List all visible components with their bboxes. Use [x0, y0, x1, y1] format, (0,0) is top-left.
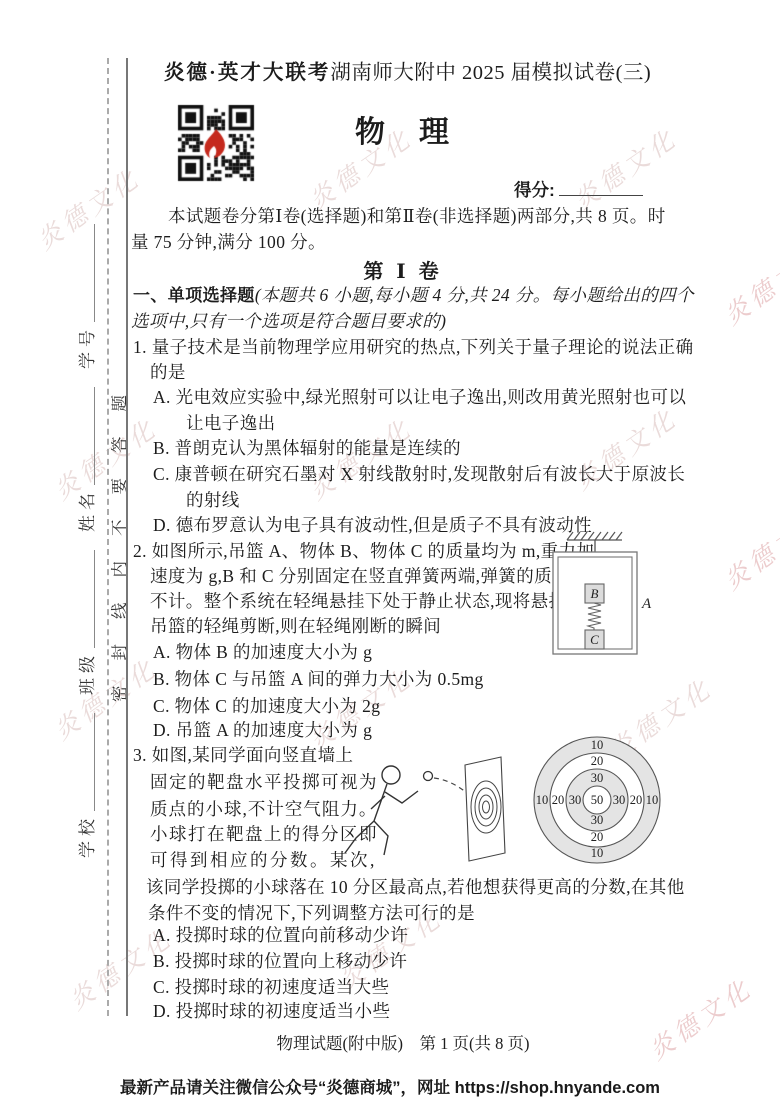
section1-note-1: (本题共 6 小题,每小题 4 分,共 24 分。每小题给出的四个 [255, 285, 694, 305]
field-label-school: 学校 [73, 814, 98, 858]
watermark: 炎德文化 [46, 649, 165, 747]
score-left-20: 20 [552, 793, 565, 807]
intro-line-1: 本试题卷分第Ⅰ卷(选择题)和第Ⅱ卷(非选择题)两部分,共 8 页。时 [168, 205, 666, 227]
section1-note-2: 选项中,只有一个选项是符合题目要求的) [131, 310, 446, 332]
ceiling-hatch [567, 532, 622, 540]
score-blank[interactable] [559, 189, 643, 196]
q3-line-7: 条件不变的情况下,下列调整方法可行的是 [148, 902, 475, 924]
q2-line-1: 2. 如图所示,吊篮 A、物体 B、物体 C 的质量均为 m,重力加 [133, 540, 594, 562]
q3-option-b: B. 投掷时球的位置向上移动少许 [153, 950, 407, 972]
field-blank-school[interactable] [90, 713, 95, 811]
q3-figure-thrower [338, 743, 523, 873]
marketing-line: 最新产品请关注微信公众号“炎德商城”，网址 https://shop.hnyan… [0, 1074, 780, 1098]
score-center-50: 50 [591, 793, 604, 807]
q1-option-c: C. 康普顿在研究石墨对 X 射线散射时,发现散射后有波长大于原波长 [153, 463, 685, 485]
intro-line-2: 量 75 分钟,满分 100 分。 [131, 231, 326, 253]
score-top-30: 30 [591, 771, 604, 785]
stickman-throwing-arm [385, 791, 418, 803]
seal-note: 密封线内不要答题 [106, 362, 136, 702]
q3-line-6: 该同学投掷的小球落在 10 分区最高点,若他想获得更高的分数,在其他 [146, 876, 685, 898]
ball [424, 772, 433, 781]
score-right-20: 20 [630, 793, 643, 807]
page-footer: 物理试题(附中版) 第 1 页(共 8 页) [133, 1030, 673, 1054]
stickman-body [374, 784, 387, 821]
brand-name: 炎德·英才大联考 [164, 62, 330, 84]
field-blank-student-id[interactable] [90, 224, 95, 322]
subject-title: 物 理 [133, 107, 673, 151]
stickman-legs [345, 821, 388, 855]
watermark: 炎德文化 [716, 499, 780, 597]
part1-title: 第 Ⅰ 卷 [133, 255, 673, 284]
stickman-head [382, 766, 400, 784]
field-blank-name[interactable] [90, 387, 95, 485]
score-bottom-10: 10 [591, 846, 604, 860]
q2-figure-basket: B C A [545, 522, 680, 682]
block-b-label: B [591, 586, 599, 601]
field-label-name: 姓名 [73, 488, 98, 532]
watermark: 炎德文化 [716, 234, 780, 332]
seal-solid-line [126, 58, 128, 1016]
q3-option-a: A. 投掷时球的位置向前移动少许 [153, 924, 408, 946]
score-right-30: 30 [613, 793, 626, 807]
exam-name: 湖南师大附中 2025 届模拟试卷(三) [330, 62, 651, 84]
block-c-label: C [590, 632, 599, 647]
q1-option-a-cont: 让电子逸出 [186, 412, 276, 434]
q1-option-c-cont: 的射线 [186, 489, 240, 511]
margin-student-fields: 学校 班级 姓名 学号 [70, 198, 98, 858]
q2-line-2: 速度为 g,B 和 C 分别固定在竖直弹簧两端,弹簧的质量 [150, 565, 570, 587]
score-bottom-20: 20 [591, 830, 604, 844]
q3-option-c: C. 投掷时球的初速度适当大些 [153, 976, 389, 998]
watermark: 炎德文化 [46, 409, 165, 507]
q1-option-b: B. 普朗克认为黑体辐射的能量是连续的 [153, 437, 461, 459]
field-label-class: 班级 [73, 651, 98, 695]
q2-line-3: 不计。整个系统在轻绳悬挂下处于静止状态,现将悬挂 [150, 590, 566, 612]
q2-option-b: B. 物体 C 与吊篮 A 间的弹力大小为 0.5mg [153, 668, 484, 690]
q3-figure-dartboard: 10 20 30 50 30 20 10 10 20 30 30 20 10 [524, 731, 674, 869]
score-bottom-30: 30 [591, 813, 604, 827]
q1-option-d: D. 德布罗意认为电子具有波动性,但是质子不具有波动性 [153, 514, 592, 536]
score-row: 得分: [514, 177, 643, 202]
q2-option-c: C. 物体 C 的加速度大小为 2g [153, 695, 380, 717]
q1-line-2: 的是 [150, 361, 186, 383]
basket-a-label: A [641, 596, 652, 612]
q3-option-d: D. 投掷时球的初速度适当小些 [153, 1000, 390, 1022]
field-blank-class[interactable] [90, 550, 95, 648]
q1-line-1: 1. 量子技术是当前物理学应用研究的热点,下列关于量子理论的说法正确 [133, 336, 693, 358]
score-right-10: 10 [646, 793, 659, 807]
score-left-30: 30 [569, 793, 582, 807]
stickman-back-arm [371, 796, 385, 809]
score-label: 得分: [514, 180, 555, 200]
q2-option-a: A. 物体 B 的加速度大小为 g [153, 641, 372, 663]
q2-option-d: D. 吊篮 A 的加速度大小为 g [153, 719, 372, 741]
score-top-20: 20 [591, 754, 604, 768]
field-label-student-id: 学号 [73, 325, 98, 369]
q2-line-4: 吊篮的轻绳剪断,则在轻绳刚断的瞬间 [150, 615, 441, 637]
score-left-10: 10 [536, 793, 549, 807]
section1-heading: 一、单项选择题(本题共 6 小题,每小题 4 分,共 24 分。每小题给出的四个 [133, 284, 694, 307]
exam-page: 炎德文化 炎德文化 炎德文化 炎德文化 炎德文化 炎德文化 炎德文化 炎德文化 … [0, 0, 780, 1104]
score-top-10: 10 [591, 738, 604, 752]
exam-title: 炎德·英才大联考湖南师大附中 2025 届模拟试卷(三) [164, 55, 651, 85]
section1-number: 一、单项选择题 [133, 286, 255, 305]
q3-line-1: 3. 如图,某同学面向竖直墙上 [133, 744, 353, 766]
q1-option-a: A. 光电效应实验中,绿光照射可以让电子逸出,则改用黄光照射也可以 [153, 386, 686, 408]
